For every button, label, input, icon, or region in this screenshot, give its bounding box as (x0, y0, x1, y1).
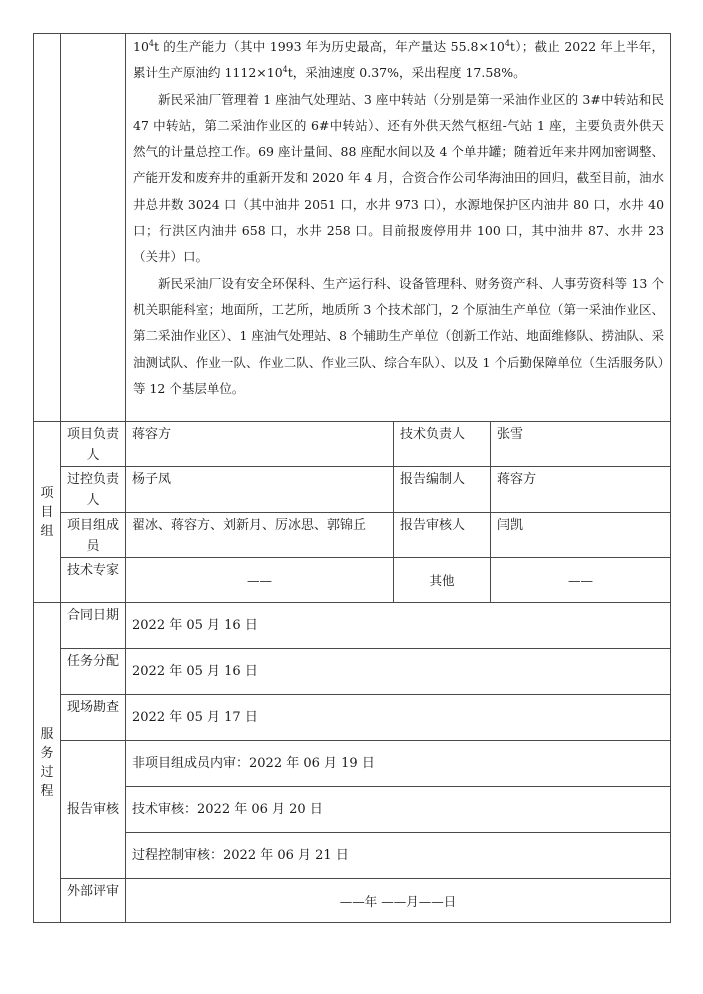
label-process-control-leader: 过控负责人 (61, 467, 126, 513)
value-other: —— (491, 558, 671, 603)
service-row-review-2: 技术审核：2022 年 06 月 20 日 (34, 787, 671, 833)
overview-row: 104t 的生产能力（其中 1993 年为历史最高，年产量达 55.8×104t… (34, 34, 671, 422)
project-group-section-label: 项目组 (34, 422, 61, 603)
label-contract-date: 合同日期 (61, 603, 126, 649)
value-internal-review: 非项目组成员内审：2022 年 06 月 19 日 (126, 741, 671, 787)
value-task-assignment: 2022 年 05 月 16 日 (126, 649, 671, 695)
service-row-task: 任务分配 2022 年 05 月 16 日 (34, 649, 671, 695)
service-row-contract: 服务过程 合同日期 2022 年 05 月 16 日 (34, 603, 671, 649)
value-site-survey: 2022 年 05 月 17 日 (126, 695, 671, 741)
service-process-section-label: 服务过程 (34, 603, 61, 923)
value-report-author: 蒋容方 (491, 467, 671, 513)
label-report-author: 报告编制人 (394, 467, 491, 513)
label-external-review: 外部评审 (61, 879, 126, 923)
label-site-survey: 现场勘查 (61, 695, 126, 741)
value-technical-review: 技术审核：2022 年 06 月 20 日 (126, 787, 671, 833)
value-contract-date: 2022 年 05 月 16 日 (126, 603, 671, 649)
value-tech-leader: 张雪 (491, 422, 671, 467)
value-process-control-leader: 杨子凤 (126, 467, 394, 513)
service-row-review-1: 报告审核 非项目组成员内审：2022 年 06 月 19 日 (34, 741, 671, 787)
label-team-members: 项目组成员 (61, 513, 126, 558)
label-report-reviewer: 报告审核人 (394, 513, 491, 558)
value-report-reviewer: 闫凯 (491, 513, 671, 558)
value-project-leader: 蒋容方 (126, 422, 394, 467)
service-row-external: 外部评审 ——年 ——月——日 (34, 879, 671, 923)
value-process-control-review: 过程控制审核：2022 年 06 月 21 日 (126, 833, 671, 879)
label-tech-expert: 技术专家 (61, 558, 126, 603)
label-tech-leader: 技术负责人 (394, 422, 491, 467)
project-row-1: 项目组 项目负责人 蒋容方 技术负责人 张雪 (34, 422, 671, 467)
label-report-review: 报告审核 (61, 741, 126, 879)
overview-text-cell: 104t 的生产能力（其中 1993 年为历史最高，年产量达 55.8×104t… (126, 34, 671, 422)
label-task-assignment: 任务分配 (61, 649, 126, 695)
label-project-leader: 项目负责人 (61, 422, 126, 467)
value-tech-expert: —— (126, 558, 394, 603)
service-row-review-3: 过程控制审核：2022 年 06 月 21 日 (34, 833, 671, 879)
project-row-4: 技术专家 —— 其他 —— (34, 558, 671, 603)
overview-empty-cell-1 (34, 34, 61, 422)
overview-paragraph-3: 新民采油厂设有安全环保科、生产运行科、设备管理科、财务资产科、人事劳资科等 13… (133, 271, 664, 402)
project-row-2: 过控负责人 杨子凤 报告编制人 蒋容方 (34, 467, 671, 513)
label-other: 其他 (394, 558, 491, 603)
overview-paragraph-1: 104t 的生产能力（其中 1993 年为历史最高，年产量达 55.8×104t… (133, 34, 664, 87)
overview-empty-cell-2 (61, 34, 126, 422)
project-row-3: 项目组成员 翟冰、蒋容方、刘新月、厉冰思、郭锦丘 报告审核人 闫凯 (34, 513, 671, 558)
value-external-review: ——年 ——月——日 (126, 879, 671, 923)
overview-paragraph-2: 新民采油厂管理着 1 座油气处理站、3 座中转站（分别是第一采油作业区的 3#中… (133, 87, 664, 271)
value-team-members: 翟冰、蒋容方、刘新月、厉冰思、郭锦丘 (126, 513, 394, 558)
service-row-survey: 现场勘查 2022 年 05 月 17 日 (34, 695, 671, 741)
report-info-table: 104t 的生产能力（其中 1993 年为历史最高，年产量达 55.8×104t… (33, 33, 671, 923)
